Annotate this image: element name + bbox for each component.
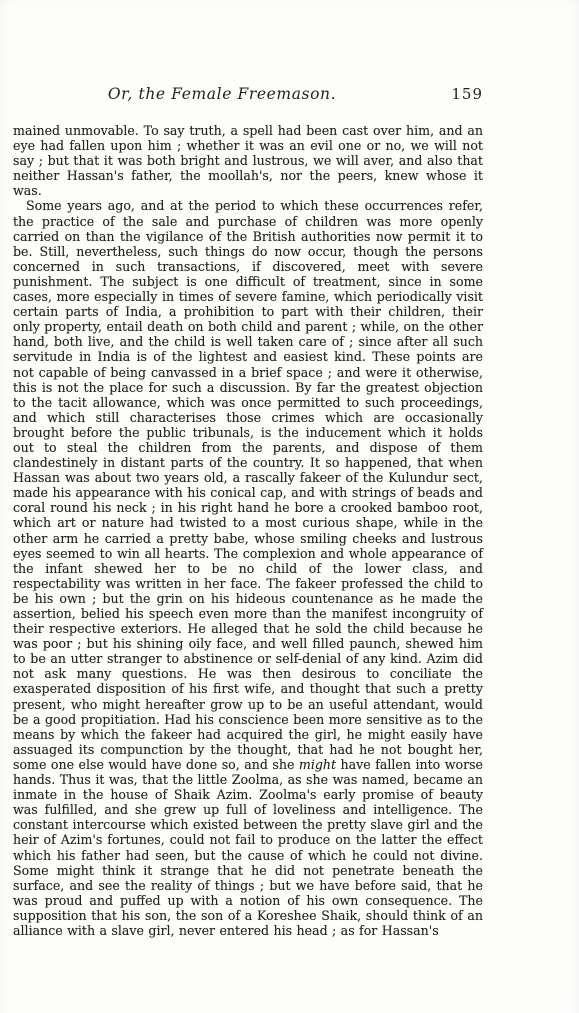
text-block: Or, the Female Freemason. 159 mained unm… xyxy=(13,84,483,938)
paragraph: Some years ago, and at the period to whi… xyxy=(13,198,483,938)
running-header: Or, the Female Freemason. 159 xyxy=(13,84,483,104)
running-head-title: Or, the Female Freemason. xyxy=(13,84,483,104)
scanned-book-page: Or, the Female Freemason. 159 mained unm… xyxy=(0,0,579,1013)
paragraph: mained unmovable. To say truth, a spell … xyxy=(13,123,483,198)
page-number: 159 xyxy=(451,84,483,104)
text-run: mained unmovable. To say truth, a spell … xyxy=(13,123,483,198)
text-run: have fallen into worse hands. Thus it wa… xyxy=(13,757,483,938)
page-body: mained unmovable. To say truth, a spell … xyxy=(13,123,483,938)
italic-text-run: might xyxy=(299,757,336,772)
text-run: Some years ago, and at the period to whi… xyxy=(13,198,483,771)
